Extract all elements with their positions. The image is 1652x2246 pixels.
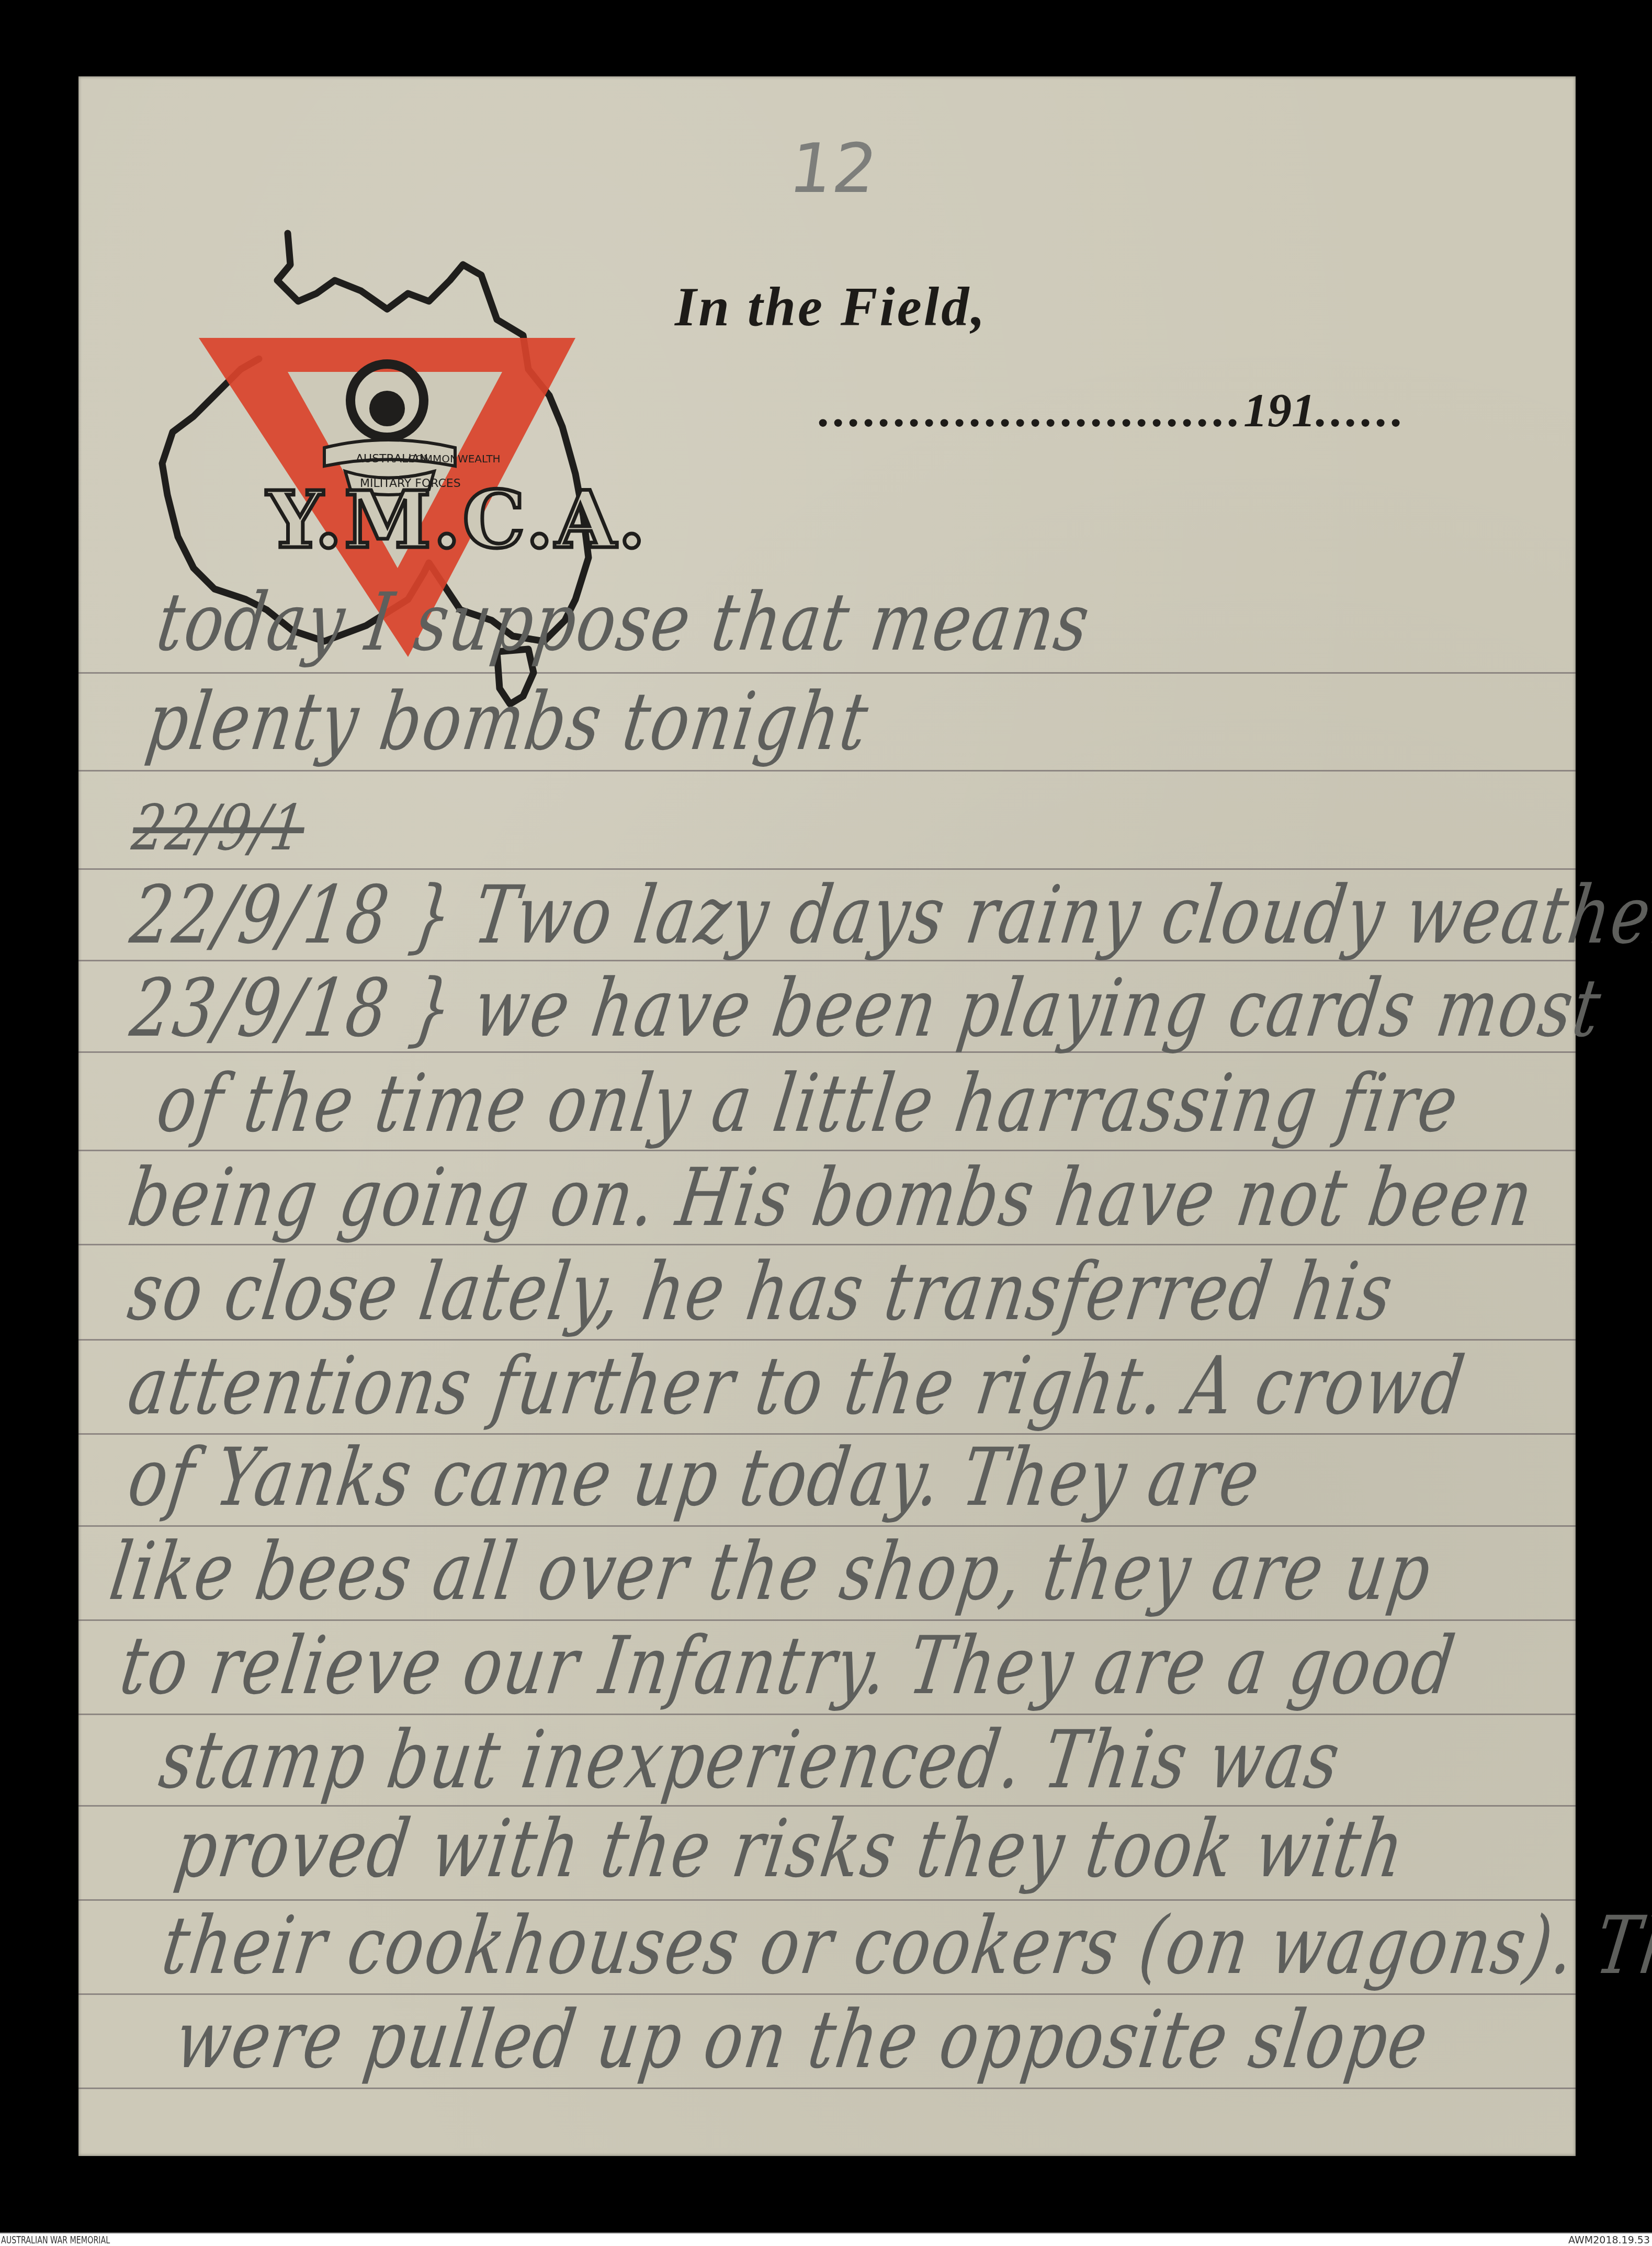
handwritten-line: today I suppose that means [152,576,1096,669]
page-number: 12 [784,129,882,208]
handwritten-line: so close lately, he has transferred his [123,1245,1399,1338]
handwritten-line: to relieve our Infantry. They are a good [115,1619,1461,1712]
handwritten-line: of Yanks came up today. They are [123,1431,1266,1524]
handwritten-line: plenty bombs tonight [141,675,875,768]
handwritten-line: being going on. His bombs have not been [123,1151,1540,1244]
handwritten-line: were pulled up on the opposite slope [170,1993,1435,2086]
handwritten-line: their cookhouses or cookers (on wagons).… [157,1899,1652,1992]
footer-bar: AUSTRALIAN WAR MEMORIAL AWM2018.19.53 [0,2232,1652,2246]
date-year: 191 [1243,383,1316,437]
letterhead-heading: In the Field, [675,275,987,339]
accession-number: AWM2018.19.53 [1568,2234,1650,2246]
date-dots-leading: ............................ [819,383,1243,437]
handwritten-line: stamp but inexperienced. This was [154,1714,1347,1807]
handwritten-line: proved with the risks they took with [170,1802,1411,1896]
letter-page: 12 AUSTRALIAN COMMONWEALTH MILITARY FORC… [78,76,1576,2156]
handwritten-line: attentions further to the right. A crowd [123,1340,1471,1433]
svg-text:COMMONWEALTH: COMMONWEALTH [408,452,501,465]
handwritten-line: of the time only a little harrassing fir… [152,1057,1465,1150]
ruled-line [78,2088,1576,2089]
struck-through-date: 22/9/1 [128,791,310,865]
ymca-wordmark: Y.M.C.A. [266,474,648,566]
credit-label: AUSTRALIAN WAR MEMORIAL [1,2234,110,2246]
handwritten-line: like bees all over the shop, they are up [105,1525,1438,1618]
ruled-line [78,770,1576,772]
date-line: ............................191...... [819,382,1407,438]
date-dots-trailing: ...... [1316,383,1407,437]
handwritten-line: 23/9/18 } we have been playing cards mos… [126,962,1608,1055]
handwritten-line: 22/9/18 } Two lazy days rainy cloudy wea… [126,869,1652,962]
